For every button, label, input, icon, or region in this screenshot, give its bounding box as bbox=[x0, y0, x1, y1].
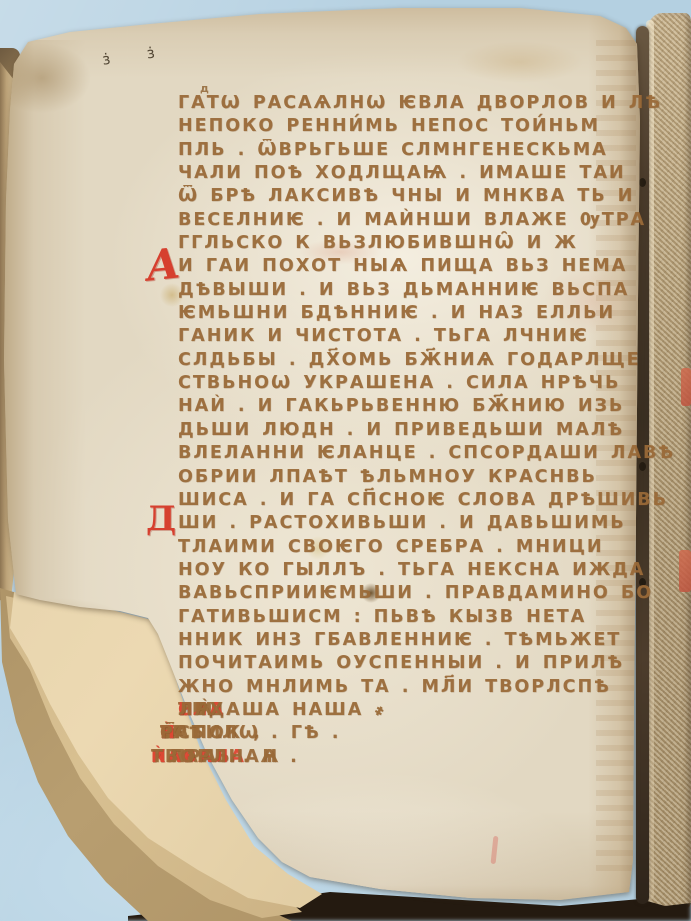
manuscript-line: вавьсприиѥмьши . правдамино бо bbox=[178, 582, 652, 605]
ink-text-segment: тлаими своѥго сребра . мници bbox=[178, 536, 603, 559]
ink-text-segment: ноу ко гыллъ . тьга нексна ижда bbox=[178, 559, 645, 582]
ink-text-segment: непоко ренни́мь непос тои́ньм bbox=[178, 115, 600, 138]
ink-text-segment: гатѡ расаѧлнѡ ѥвла дворлов и лѣ bbox=[178, 92, 662, 115]
ink-text-segment: ѿ брѣ лаксивѣ чны и мнква ть и bbox=[178, 185, 634, 208]
manuscript-line: нник инз гбавленниѥ . тѣмьжет bbox=[178, 629, 652, 652]
manuscript-line: дѣвыши . и вьз дьманниѥ вьспа bbox=[178, 279, 652, 302]
ink-text-segment: дьши людн . и приведьши малѣ bbox=[178, 419, 624, 442]
manuscript-line: чали поѣ ходлщаѩ . имаше таи bbox=[178, 162, 652, 185]
manuscript-line: нтрѣ . ѝѿ пок , н ѱ . постилѡ . гѣ . пра bbox=[160, 722, 652, 745]
ink-text-segment: ра bbox=[160, 722, 190, 745]
manuscript-line: шиса . и га сп҃сноѥ слова дрѣшивь bbox=[178, 489, 652, 512]
ink-text-segment: и гаи похот ныѧ пища вьз нема bbox=[178, 255, 627, 278]
manuscript-line: слдьбы . дх҃омь бж҃ниѧ годарлще bbox=[178, 349, 652, 372]
manuscript-line: ши . растохивьши . и давьшимь bbox=[178, 512, 652, 535]
manuscript-line: и гаи похот ныѧ пища вьз нема bbox=[178, 255, 652, 278]
manuscript-line: ггльско к вьзлюбившнѡ̑ и ж bbox=[178, 232, 652, 255]
ink-text-segment: ствьноѡ украшена . сила нрѣчь bbox=[178, 372, 620, 395]
ink-text-segment: веселниѥ . и маѝнши влаже ѹтра bbox=[178, 209, 646, 232]
manuscript-line: тидаша наша ҂ сла . ѝнирх . п лѧ bbox=[178, 699, 652, 722]
ink-text-segment: ши . растохивьши . и давьшимь bbox=[178, 512, 626, 535]
manuscript-line: непоко ренни́мь непос тои́ньм bbox=[178, 115, 652, 138]
ink-text-segment: творлнаѧ bbox=[151, 746, 280, 769]
manuscript-line: веселниѥ . и маѝнши влаже ѹтра bbox=[178, 209, 652, 232]
manuscript-line: нплаль . н . кавала . пра . ѝ творлнаѧ bbox=[151, 746, 652, 769]
manuscript-line: обрии лпаѣт ѣльмноу краснвь bbox=[178, 466, 652, 489]
ink-text-segment: чали поѣ ходлщаѩ . имаше таи bbox=[178, 162, 626, 185]
ink-text-segment: ггльско к вьзлюбившнѡ̑ и ж bbox=[178, 232, 578, 255]
interlinear-mark: д bbox=[200, 82, 209, 95]
ink-text-segment: нник инз гбавленниѥ . тѣмьжет bbox=[178, 629, 621, 652]
manuscript-line: дьши людн . и приведьши малѣ bbox=[178, 419, 652, 442]
manuscript-line: ствьноѡ украшена . сила нрѣчь bbox=[178, 372, 652, 395]
manuscript-line: ѥмьшни бдѣнниѥ . и наз елльи bbox=[178, 302, 652, 325]
manuscript-line: влеланни ѥланце . спсордаши лавѣ bbox=[178, 442, 652, 465]
manuscript-text-block: гатѡ расаѧлнѡ ѥвла дворлов и лѣнепоко ре… bbox=[178, 92, 652, 769]
manuscript-line: ноу ко гыллъ . тьга нексна ижда bbox=[178, 559, 652, 582]
manuscript-line: почитаимь оуспенныи . и прилѣ bbox=[178, 652, 652, 675]
ink-text-segment: пль . ѿврьгьше слмнгенескьма bbox=[178, 139, 608, 162]
ink-text-segment: влеланни ѥланце . спсордаши лавѣ bbox=[178, 442, 675, 465]
manuscript-line: ганик и чистота . тьга лчниѥ bbox=[178, 325, 652, 348]
rubric-initial-d: Д bbox=[146, 499, 176, 539]
ink-text-segment: шиса . и га сп҃сноѥ слова дрѣшивь bbox=[178, 489, 668, 512]
manuscript-photo: з̇ з̇ д А Д гатѡ расаѧлнѡ ѥвла дворлов и… bbox=[0, 0, 691, 921]
manuscript-line: гативьшисм : пьвѣ кызв нета bbox=[178, 606, 652, 629]
ink-text-segment: наѝ . и гакьрьвенню бж҃нию изь bbox=[178, 395, 624, 418]
ink-text-segment: дѣвыши . и вьз дьманниѥ вьспа bbox=[178, 279, 629, 302]
ink-text-segment: вавьсприиѥмьши . правдамино бо bbox=[178, 582, 653, 605]
manuscript-line: наѝ . и гакьрьвенню бж҃нию изь bbox=[178, 395, 652, 418]
rubric-initial-a: А bbox=[144, 238, 183, 290]
ink-text-segment: ѥмьшни бдѣнниѥ . и наз елльи bbox=[178, 302, 615, 325]
manuscript-line: пль . ѿврьгьше слмнгенескьма bbox=[178, 139, 652, 162]
manuscript-line: ѿ брѣ лаксивѣ чны и мнква ть и bbox=[178, 185, 652, 208]
ink-text-segment: ганик и чистота . тьга лчниѥ bbox=[178, 325, 589, 348]
ink-text-segment: слдьбы . дх҃омь бж҃ниѧ годарлще bbox=[178, 349, 641, 372]
manuscript-line: жно мнлимь та . мл҃и творлспѣ bbox=[178, 676, 652, 699]
manuscript-line: гатѡ расаѧлнѡ ѥвла дворлов и лѣ bbox=[178, 92, 652, 115]
ink-text-segment: лѧ bbox=[178, 699, 214, 722]
ink-text-segment: жно мнлимь та . мл҃и творлспѣ bbox=[178, 676, 611, 699]
ink-text-segment: обрии лпаѣт ѣльмноу краснвь bbox=[178, 466, 597, 489]
ink-text-segment: гативьшисм : пьвѣ кызв нета bbox=[178, 606, 586, 629]
ink-text-segment: почитаимь оуспенныи . и прилѣ bbox=[178, 652, 624, 675]
manuscript-line: тлаими своѥго сребра . мници bbox=[178, 536, 652, 559]
